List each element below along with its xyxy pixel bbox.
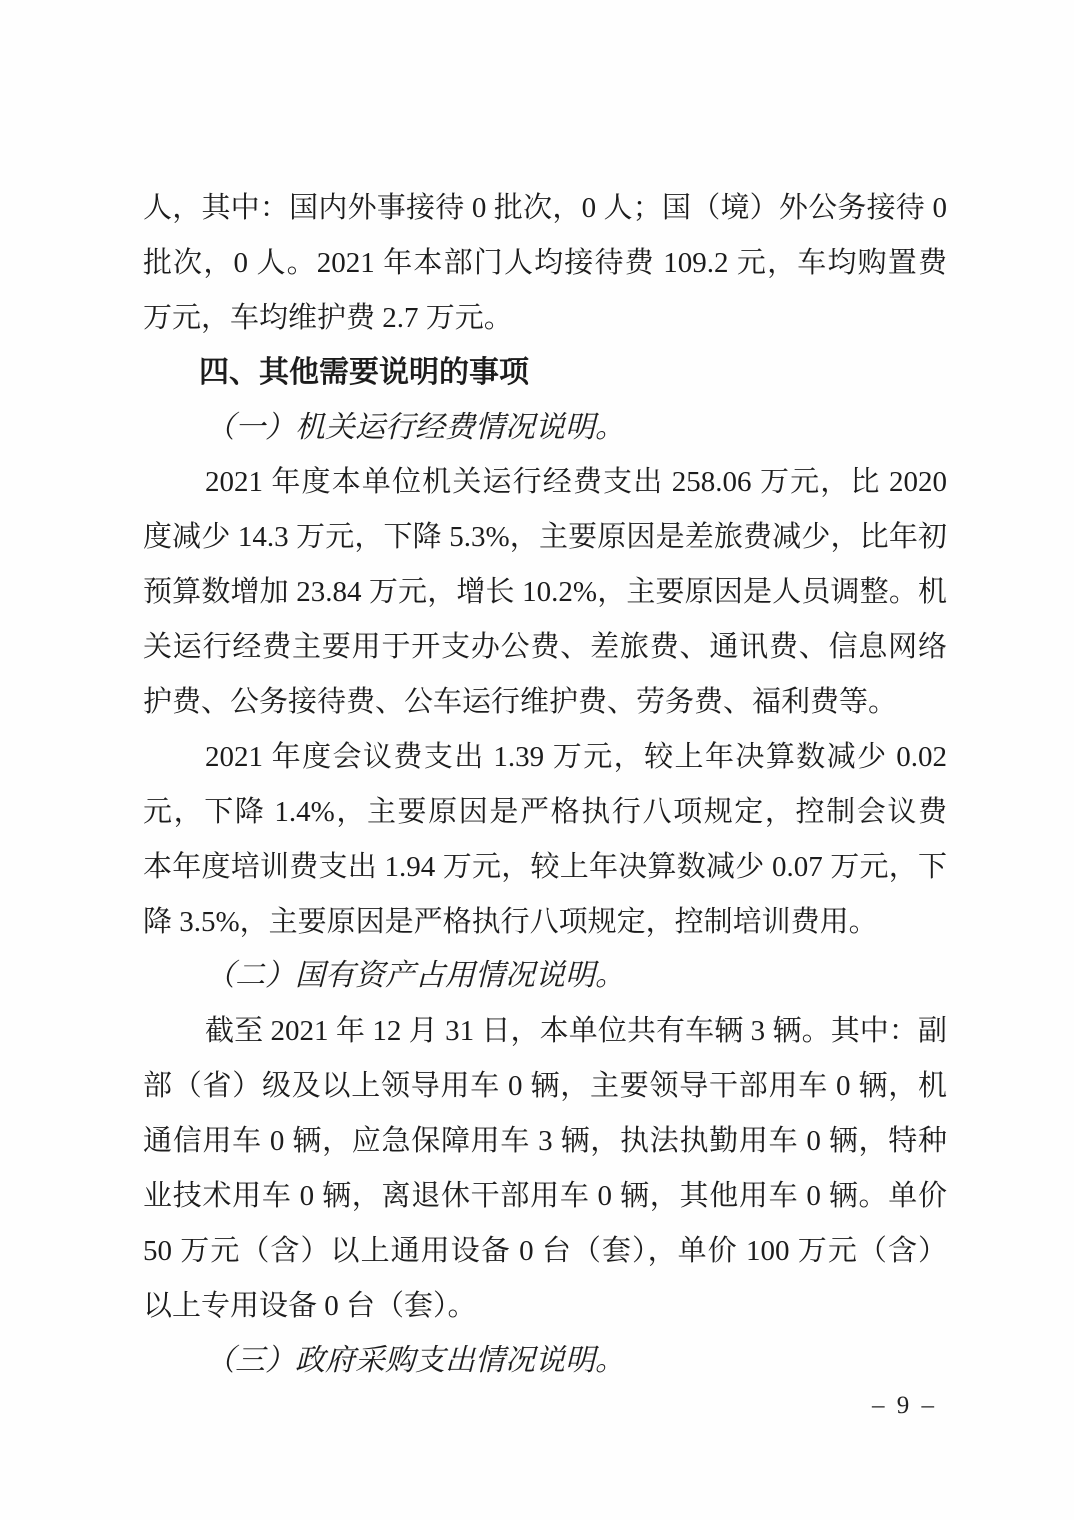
body-line: 截至 2021 年 12 月 31 日，本单位共有车辆 3 辆。其中：副 [143,1004,947,1059]
body-line: 降 3.5%，主要原因是严格执行八项规定，控制培训费用。 [143,895,947,950]
body-line: 50 万元（含）以上通用设备 0 台（套），单价 100 万元（含） [143,1224,947,1279]
body-line: 2021 年度本单位机关运行经费支出 258.06 万元，比 2020 年 [143,455,947,510]
body-line: 2021 年度会议费支出 1.39 万元，较上年决算数减少 0.02 万 [143,730,947,785]
subsection-heading: （二）国有资产占用情况说明。 [143,949,947,1004]
body-line: 预算数增加 23.84 万元，增长 10.2%，主要原因是人员调整。机 [143,565,947,620]
page-number: – 9 – [872,1392,937,1420]
section-heading: 四、其他需要说明的事项 [143,346,947,401]
body-line: 业技术用车 0 辆，离退休干部用车 0 辆，其他用车 0 辆。单价 [143,1169,947,1224]
body-line: 批次，0 人。2021 年本部门人均接待费 109.2 元，车均购置费 0.00 [143,236,947,291]
body-line: 人，其中：国内外事接待 0 批次，0 人；国（境）外公务接待 0 [143,181,947,236]
subsection-heading: （三）政府采购支出情况说明。 [143,1334,947,1389]
body-line: 万元，车均维护费 2.7 万元。 [143,291,947,346]
body-line: 元，下降 1.4%，主要原因是严格执行八项规定，控制会议费用。 [143,785,947,840]
document-page: 人，其中：国内外事接待 0 批次，0 人；国（境）外公务接待 0 批次，0 人。… [0,0,1074,1520]
body-line: 关运行经费主要用于开支办公费、差旅费、通讯费、信息网络维 [143,620,947,675]
subsection-heading: （一）机关运行经费情况说明。 [143,401,947,456]
body-line: 度减少 14.3 万元，下降 5.3%，主要原因是差旅费减少，比年初 [143,510,947,565]
body-line: 本年度培训费支出 1.94 万元，较上年决算数减少 0.07 万元，下 [143,840,947,895]
body-line: 以上专用设备 0 台（套）。 [143,1279,947,1334]
body-line: 部（省）级及以上领导用车 0 辆，主要领导干部用车 0 辆，机要 [143,1059,947,1114]
body-line: 通信用车 0 辆，应急保障用车 3 辆，执法执勤用车 0 辆，特种专 [143,1114,947,1169]
body-line: 护费、公务接待费、公车运行维护费、劳务费、福利费等。 [143,675,947,730]
text-block: 人，其中：国内外事接待 0 批次，0 人；国（境）外公务接待 0 批次，0 人。… [143,181,947,1389]
